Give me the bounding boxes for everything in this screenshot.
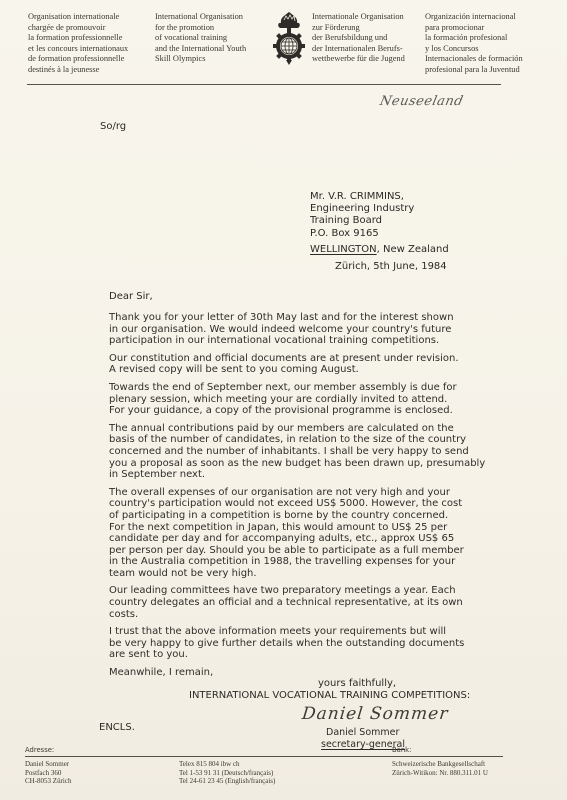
paragraph-line: Towards the end of September next, our m… <box>109 382 481 394</box>
text-line: Daniel Sommer <box>25 760 71 769</box>
valediction: yours faithfully, <box>318 678 567 689</box>
paragraph-line: in the Australia competition in 1988, th… <box>109 556 481 568</box>
letterhead-spanish: Organización internacionalpara promocion… <box>425 12 523 75</box>
recipient-po-box: P.O. Box 9165 <box>310 228 449 240</box>
recipient-city-line: WELLINGTON, New Zealand <box>310 244 449 256</box>
body-paragraph: Our leading committees have two preparat… <box>109 585 481 620</box>
text-line: International Organisation <box>155 12 246 23</box>
text-line: y los Concursos <box>425 44 523 55</box>
recipient-org-line1: Engineering Industry <box>310 203 449 215</box>
body-paragraph: The overall expenses of our organisation… <box>109 487 481 580</box>
paragraph-line: A revised copy will be sent to you comin… <box>109 364 481 376</box>
text-line: et les concours internationaux <box>28 44 128 55</box>
footer-bank: Schweizerische BankgesellschaftZürich-Wi… <box>392 760 488 777</box>
enclosures-note: ENCLS. <box>99 722 135 733</box>
text-line: Zürich-Witikon: Nr. 880.311.01 U <box>392 769 488 778</box>
footer-address-label: Adresse: <box>25 746 54 754</box>
footer-telecom: Telex 815 804 ibw chTel 1-53 91 31 (Deut… <box>179 760 275 786</box>
body-paragraph: The annual contributions paid by our mem… <box>109 423 481 481</box>
paragraph-line: country's participation would not exceed… <box>109 498 481 510</box>
text-line: Organización internacional <box>425 12 523 23</box>
text-line: Telex 815 804 ibw ch <box>179 760 275 769</box>
paragraph-line: I trust that the above information meets… <box>109 626 481 638</box>
text-line: and the International Youth <box>155 44 246 55</box>
letter-page: Organisation internationalechargée de pr… <box>0 0 567 800</box>
organisation-emblem-icon <box>272 10 306 66</box>
paragraph-line: Thank you for your letter of 30th May la… <box>109 312 481 324</box>
text-line: destinés à la jeunesse <box>28 65 128 76</box>
handwritten-signature: Daniel Sommer <box>301 704 449 724</box>
text-line: for the promotion <box>155 23 246 34</box>
paragraph-line: are sent to you. <box>109 649 481 661</box>
text-line: Internacionales de formación <box>425 54 523 65</box>
text-line: wettbewerbe für die Jugend <box>312 54 405 65</box>
text-line: profesional para la Juventud <box>425 65 523 76</box>
letter-body: Thank you for your letter of 30th May la… <box>109 312 481 685</box>
text-line: Organisation internationale <box>28 12 128 23</box>
text-line: Skill Olympics <box>155 54 246 65</box>
footer-address: Daniel SommerPostfach 360CH-8053 Zürich <box>25 760 71 786</box>
text-line: Internationale Organisation <box>312 12 405 23</box>
paragraph-line: candidate per day and for accompanying a… <box>109 533 481 545</box>
body-paragraph: Meanwhile, I remain, <box>109 667 481 679</box>
salutation: Dear Sir, <box>109 291 153 302</box>
paragraph-line: per person per day. Should you be able t… <box>109 545 481 557</box>
text-line: para promocionar <box>425 23 523 34</box>
recipient-country: , New Zealand <box>377 244 449 255</box>
footer-bank-label: Bank: <box>392 746 411 754</box>
reference-initials: So/rg <box>100 121 126 132</box>
text-line: Postfach 360 <box>25 769 71 778</box>
paragraph-line: Our constitution and official documents … <box>109 353 481 365</box>
text-line: de formation professionnelle <box>28 54 128 65</box>
text-line: Tel 24-61 23 45 (English/français) <box>179 777 275 786</box>
text-line: der Internationalen Berufs- <box>312 44 405 55</box>
paragraph-line: concerned and the number of inhabitants.… <box>109 446 481 458</box>
paragraph-line: in September next. <box>109 469 481 481</box>
paragraph-line: of participating in a competition is bor… <box>109 510 481 522</box>
letterhead-german: Internationale Organisationzur Förderung… <box>312 12 405 65</box>
text-line: CH-8053 Zürich <box>25 777 71 786</box>
text-line: Schweizerische Bankgesellschaft <box>392 760 488 769</box>
paragraph-line: Meanwhile, I remain, <box>109 667 481 679</box>
text-line: la formación profesional <box>425 33 523 44</box>
body-paragraph: Thank you for your letter of 30th May la… <box>109 312 481 347</box>
text-line: of vocational training <box>155 33 246 44</box>
paragraph-line: basis of the number of candidates, in re… <box>109 434 481 446</box>
text-line: der Berufsbildung und <box>312 33 405 44</box>
paragraph-line: participation in our international vocat… <box>109 335 481 347</box>
paragraph-line: The annual contributions paid by our mem… <box>109 423 481 435</box>
text-line: zur Förderung <box>312 23 405 34</box>
recipient-org-line2: Training Board <box>310 215 449 227</box>
recipient-city: WELLINGTON <box>310 244 377 255</box>
letterhead-french: Organisation internationalechargée de pr… <box>28 12 128 75</box>
footer-divider <box>25 756 503 757</box>
paragraph-line: country delegates an official and a tech… <box>109 597 481 609</box>
text-line: la formation professionnelle <box>28 33 128 44</box>
letter-date: Zürich, 5th June, 1984 <box>335 261 447 272</box>
recipient-address: Mr. V.R. CRIMMINS, Engineering Industry … <box>310 191 449 256</box>
signer-name: Daniel Sommer <box>326 727 399 738</box>
body-paragraph: Our constitution and official documents … <box>109 353 481 376</box>
paragraph-line: plenary session, which meeting your are … <box>109 394 481 406</box>
body-paragraph: I trust that the above information meets… <box>109 626 481 661</box>
paragraph-line: For the next competition in Japan, this … <box>109 522 481 534</box>
paragraph-line: Our leading committees have two preparat… <box>109 585 481 597</box>
handwritten-note: Neuseeland <box>378 94 464 109</box>
text-line: Tel 1-53 91 31 (Deutsch/français) <box>179 769 275 778</box>
recipient-name: Mr. V.R. CRIMMINS, <box>310 191 449 203</box>
text-line: chargée de promouvoir <box>28 23 128 34</box>
paragraph-line: The overall expenses of our organisation… <box>109 487 481 499</box>
paragraph-line: you a proposal as soon as the new budget… <box>109 458 481 470</box>
letterhead-divider <box>27 84 501 85</box>
letterhead-english: International Organisationfor the promot… <box>155 12 246 65</box>
signing-organisation: INTERNATIONAL VOCATIONAL TRAINING COMPET… <box>189 690 567 701</box>
paragraph-line: be very happy to give further details wh… <box>109 638 481 650</box>
paragraph-line: in our organisation. We would indeed wel… <box>109 324 481 336</box>
paragraph-line: costs. <box>109 609 481 621</box>
paragraph-line: team would not be very high. <box>109 568 481 580</box>
body-paragraph: Towards the end of September next, our m… <box>109 382 481 417</box>
paragraph-line: For your guidance, a copy of the provisi… <box>109 405 481 417</box>
